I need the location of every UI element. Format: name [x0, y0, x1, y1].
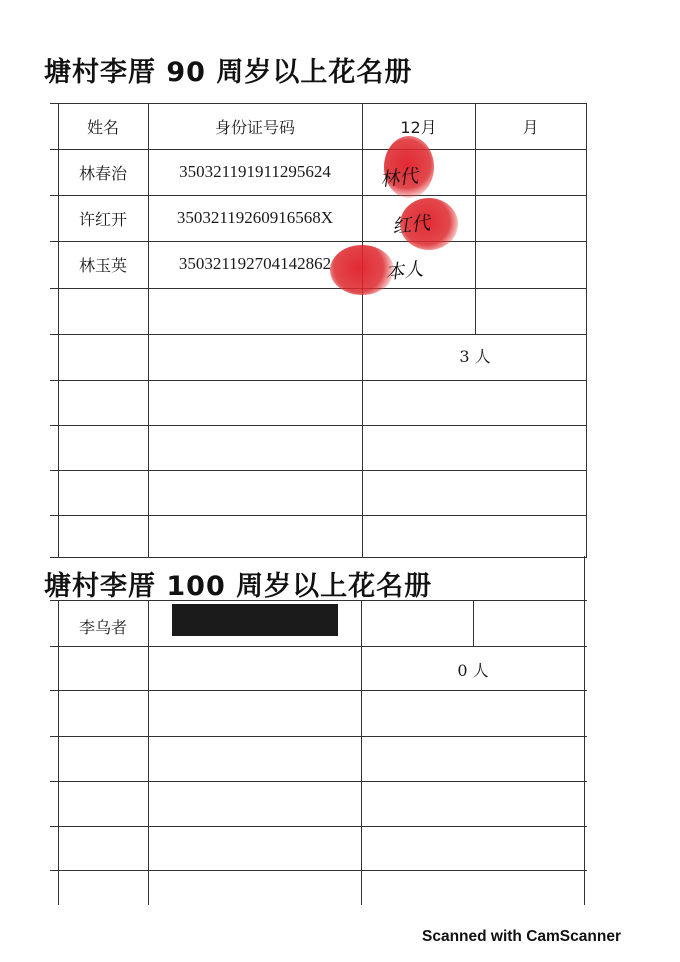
signature-row-2: 红代	[391, 208, 432, 239]
grid-line	[50, 470, 587, 471]
redaction-bar	[172, 604, 338, 636]
grid-line	[362, 103, 363, 557]
header-month-2: 月	[475, 103, 586, 149]
grid-line	[50, 870, 587, 871]
row-3-name: 林玉英	[58, 241, 148, 287]
grid-line	[50, 646, 587, 647]
grid-line	[584, 556, 585, 905]
grid-line	[473, 600, 474, 646]
row-1-id: 350321191911295624	[148, 149, 362, 195]
grid-line	[50, 334, 587, 335]
grid-line	[50, 515, 587, 516]
total-100: 0 人	[428, 652, 518, 686]
signature-row-1: 林代	[379, 161, 420, 192]
total-90: 3 人	[430, 338, 520, 372]
grid-line	[361, 600, 362, 905]
grid-line	[50, 690, 587, 691]
header-name: 姓名	[58, 103, 148, 149]
grid-line	[50, 380, 587, 381]
grid-line	[586, 103, 587, 557]
grid-line	[50, 557, 587, 558]
row-1-name: 林春治	[58, 149, 148, 195]
grid-line	[148, 600, 149, 905]
header-id: 身份证号码	[148, 103, 362, 149]
grid-line	[50, 781, 587, 782]
section-90-title: 塘村李厝 90 周岁以上花名册	[44, 50, 412, 89]
grid-line	[50, 288, 587, 289]
row-100-1-name: 李乌者	[58, 606, 148, 646]
grid-line	[50, 600, 587, 601]
grid-line	[50, 826, 587, 827]
row-2-name: 许红开	[58, 195, 148, 241]
signature-row-3: 本人	[384, 254, 425, 285]
camscanner-watermark: Scanned with CamScanner	[422, 928, 621, 946]
grid-line	[50, 736, 587, 737]
section-100-title: 塘村李厝 100 周岁以上花名册	[44, 564, 432, 603]
grid-line	[50, 425, 587, 426]
row-2-id: 35032119260916568X	[148, 195, 362, 241]
